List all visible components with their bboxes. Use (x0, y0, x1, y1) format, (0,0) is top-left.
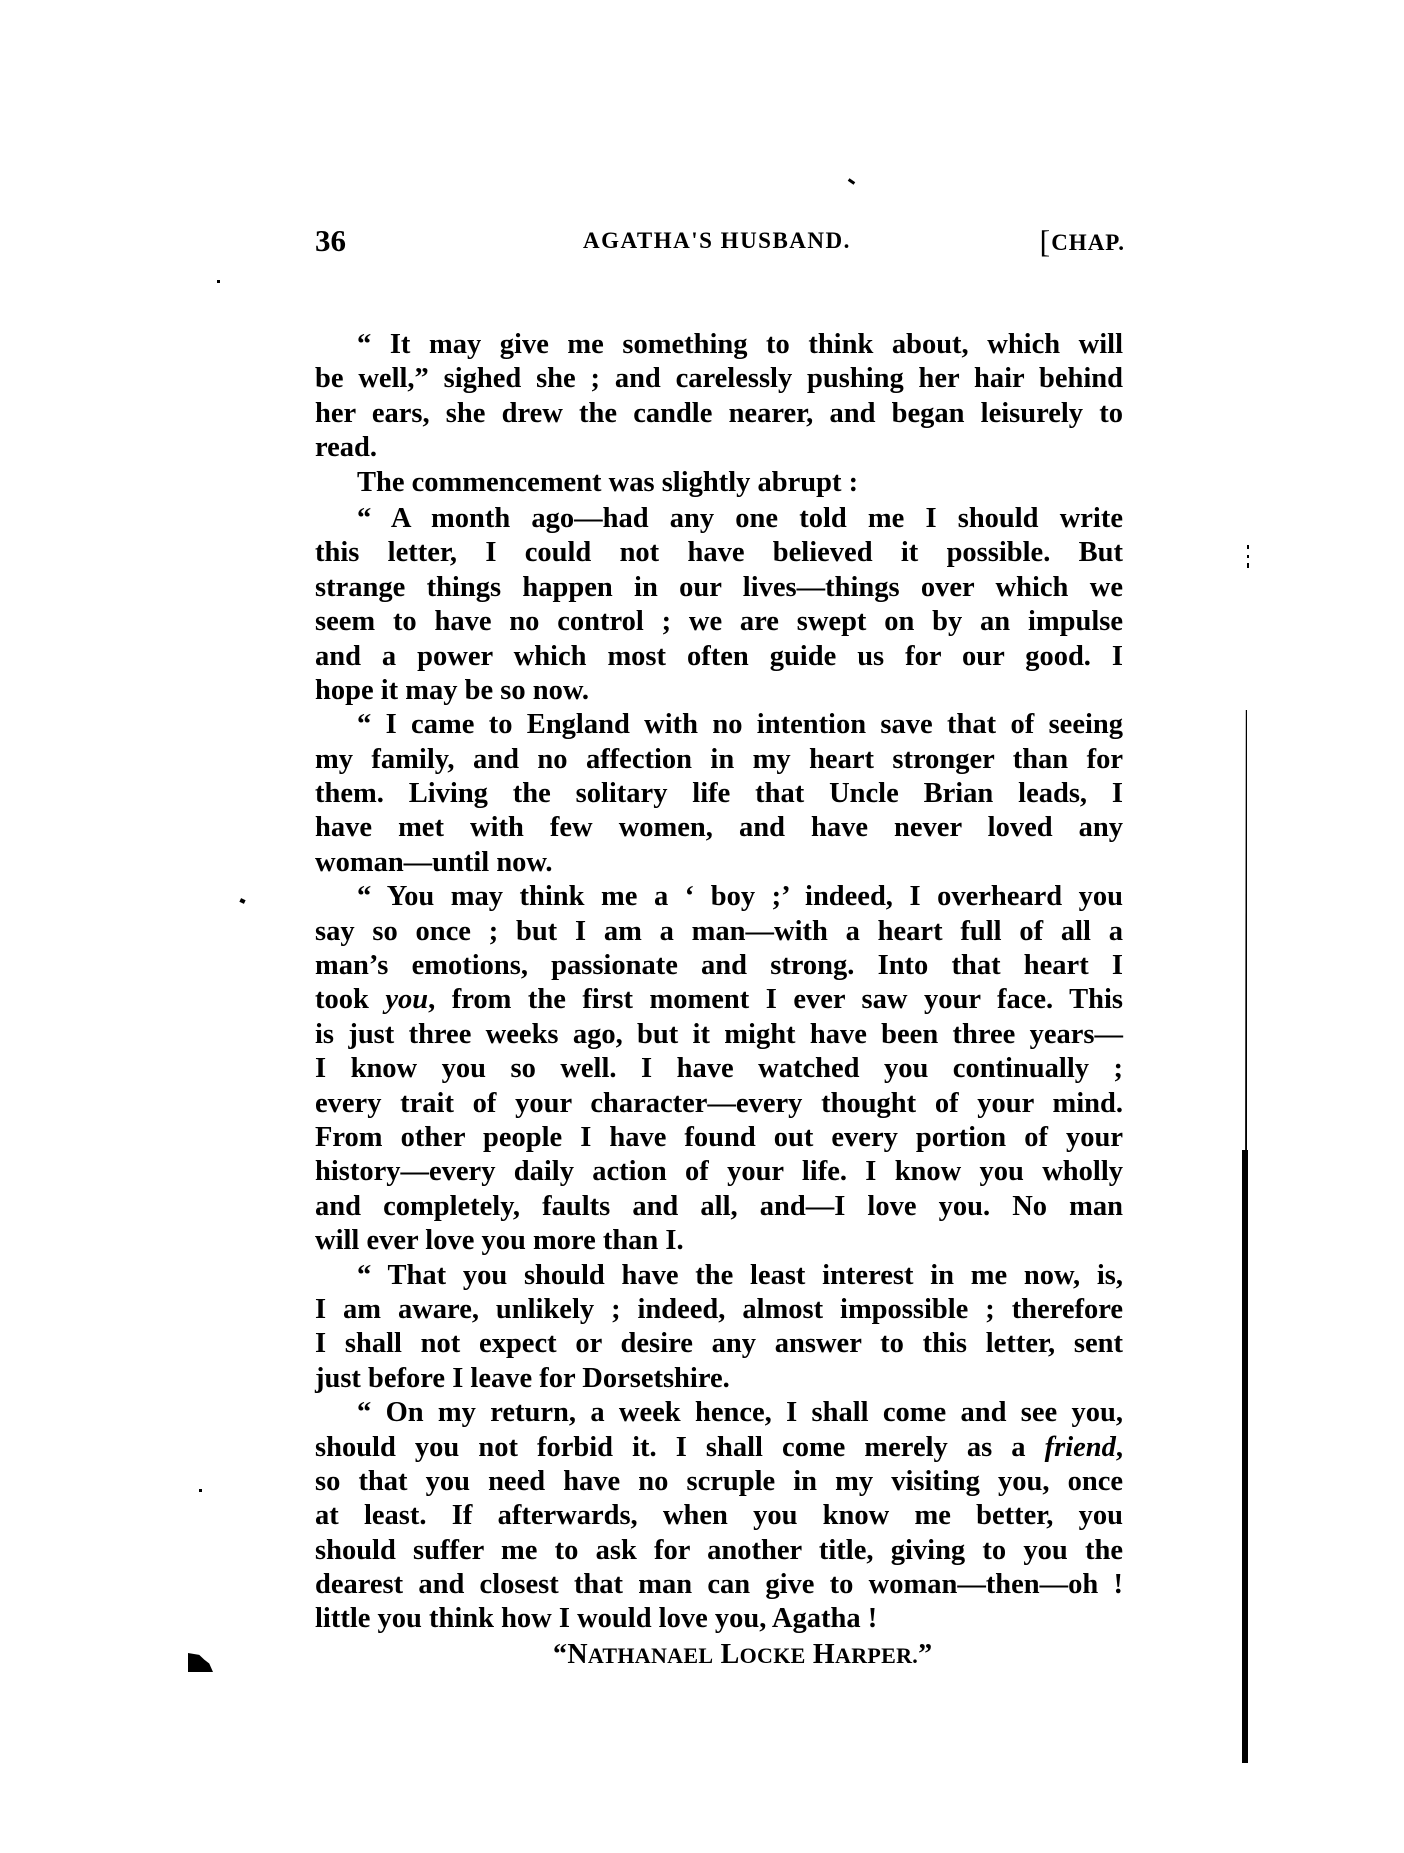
body-text: “ It may give me something to think abou… (315, 328, 1123, 1673)
text-segment: , (1116, 1432, 1123, 1463)
text-line: and a power which most often guide us fo… (315, 640, 1123, 674)
text-line: “ A month ago—had any one told me I shou… (315, 502, 1123, 536)
text-line: this letter, I could not have believed i… (315, 536, 1123, 570)
text-line: seem to have no control ; we are swept o… (315, 605, 1123, 639)
scan-speck (217, 280, 220, 283)
signature-last-initial: H (813, 1639, 835, 1670)
text-line: at least. If afterwards, when you know m… (315, 1499, 1123, 1533)
text-line: “ On my return, a week hence, I shall co… (315, 1396, 1123, 1430)
signature-open-quote: “ (553, 1639, 567, 1670)
text-line: woman—until now. (315, 846, 1123, 880)
text-line: The commencement was slightly abrupt : (315, 466, 1123, 500)
text-line: be well,” sighed she ; and carelessly pu… (315, 362, 1123, 396)
text-line: just before I leave for Dorsetshire. (315, 1362, 1123, 1396)
text-line: From other people I have found out every… (315, 1121, 1123, 1155)
book-title: AGATHA'S HUSBAND. (583, 222, 851, 260)
signature-close-quote: ” (918, 1639, 932, 1670)
text-line: her ears, she drew the candle nearer, an… (315, 397, 1123, 431)
text-line: little you think how I would love you, A… (315, 1602, 1123, 1636)
text-line: should you not forbid it. I shall come m… (315, 1431, 1123, 1465)
text-line: I know you so well. I have watched you c… (315, 1052, 1123, 1086)
text-line: say so once ; but I am a man—with a hear… (315, 915, 1123, 949)
text-line: my family, and no affection in my heart … (315, 743, 1123, 777)
scan-speck (239, 898, 245, 904)
text-line: so that you need have no scruple in my v… (315, 1465, 1123, 1499)
text-line: and completely, faults and all, and—I lo… (315, 1190, 1123, 1224)
scan-speck (848, 178, 855, 184)
text-line: “ I came to England with no intention sa… (315, 708, 1123, 742)
text-line: man’s emotions, passionate and strong. I… (315, 949, 1123, 983)
text-line: hope it may be so now. (315, 674, 1123, 708)
text-line: have met with few women, and have never … (315, 811, 1123, 845)
text-line: “ You may think me a ‘ boy ;’ indeed, I … (315, 880, 1123, 914)
text-line: dearest and closest that man can give to… (315, 1568, 1123, 1602)
chapter-label: CHAP. (1051, 230, 1125, 255)
text-segment: took (315, 984, 385, 1015)
text-line: “ It may give me something to think abou… (315, 328, 1123, 362)
signature-middle-rest: OCKE (740, 1643, 806, 1668)
page-number: 36 (315, 222, 346, 260)
text-line: strange things happen in our lives—thing… (315, 571, 1123, 605)
text-segment: should you not forbid it. I shall come m… (315, 1432, 1045, 1463)
signature-first-rest: ATHANAEL (588, 1643, 713, 1668)
text-line: should suffer me to ask for another titl… (315, 1534, 1123, 1568)
binding-edge-line (1242, 1150, 1248, 1763)
scan-dash-mark (1247, 555, 1249, 558)
chapter-mark: [CHAP. (1040, 222, 1125, 262)
text-line: took you, from the first moment I ever s… (315, 983, 1123, 1017)
running-head: 36 AGATHA'S HUSBAND. [CHAP. (315, 222, 1125, 260)
text-line: will ever love you more than I. (315, 1224, 1123, 1258)
text-line: them. Living the solitary life that Uncl… (315, 777, 1123, 811)
text-line: read. (315, 431, 1123, 465)
scan-dash-mark (1247, 545, 1249, 549)
italic-emphasis: friend (1045, 1432, 1116, 1463)
signature-last-rest: ARPER. (835, 1643, 918, 1668)
text-line: history—every daily action of your life.… (315, 1155, 1123, 1189)
text-segment: , from the first moment I ever saw your … (428, 984, 1123, 1015)
scan-corner-mark (188, 1653, 213, 1672)
text-line: is just three weeks ago, but it might ha… (315, 1018, 1123, 1052)
text-line: I shall not expect or desire any answer … (315, 1327, 1123, 1361)
scan-speck (199, 1489, 202, 1492)
text-line: “ That you should have the least interes… (315, 1259, 1123, 1293)
signature-first-initial: N (567, 1639, 588, 1670)
chapter-bracket: [ (1040, 223, 1052, 259)
text-line: every trait of your character—every thou… (315, 1087, 1123, 1121)
book-page: 36 AGATHA'S HUSBAND. [CHAP. “ It may giv… (0, 0, 1404, 1853)
text-line: I am aware, unlikely ; indeed, almost im… (315, 1293, 1123, 1327)
signature-middle-initial: L (721, 1639, 740, 1670)
letter-signature: “NATHANAEL LOCKE HARPER.” (315, 1637, 1123, 1673)
scan-dash-mark (1247, 563, 1249, 568)
italic-emphasis: you (385, 984, 428, 1015)
